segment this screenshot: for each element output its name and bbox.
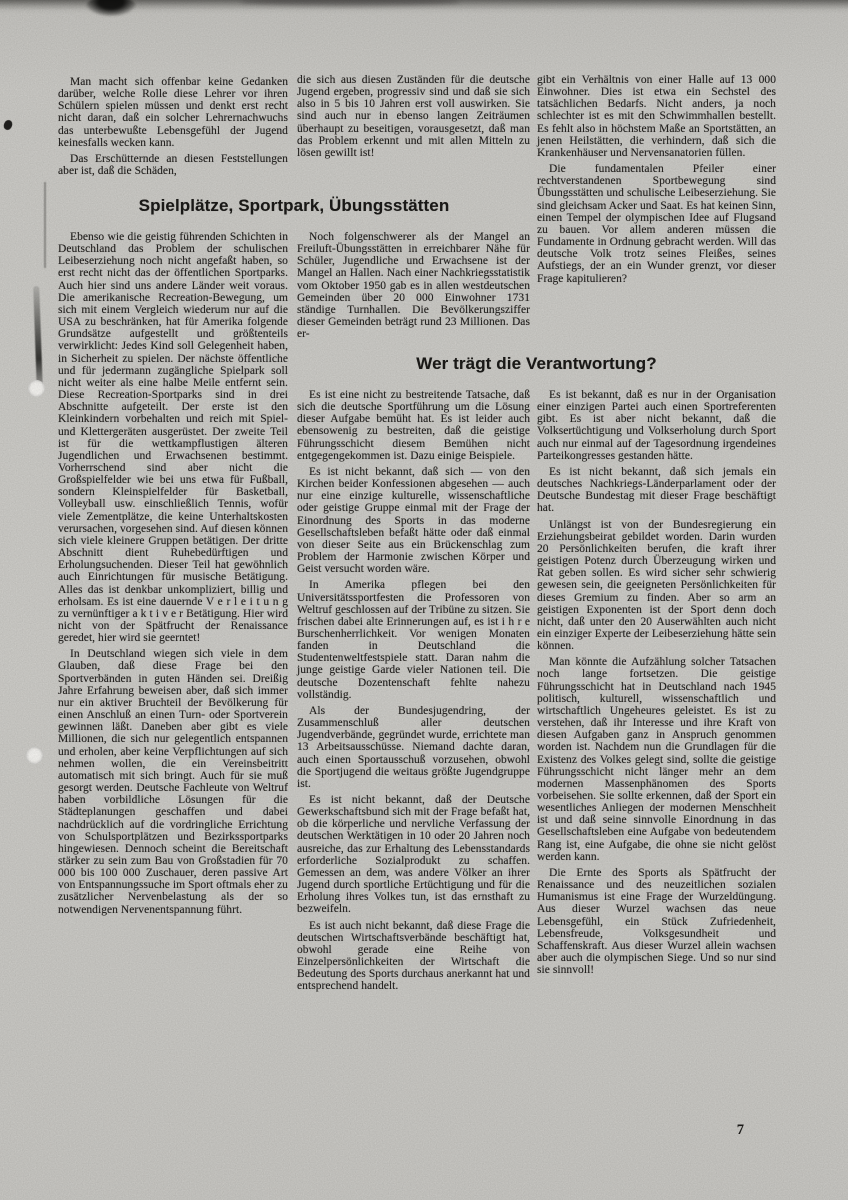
paragraph: Man könnte die Aufzählung solcher Tatsac… bbox=[537, 656, 776, 863]
ink-smudge bbox=[33, 286, 43, 390]
paragraph: Die Ernte des Sports als Spätfrucht der … bbox=[537, 867, 776, 976]
middle-column-mid: Noch folgenschwerer als der Mangel an Fr… bbox=[297, 231, 530, 340]
paragraph: die sich aus diesen Zuständen für die de… bbox=[297, 74, 530, 159]
ink-fleck bbox=[2, 119, 13, 131]
middle-column-main: Es ist eine nicht zu bestreitende Tatsac… bbox=[297, 389, 530, 993]
paragraph: Es ist bekannt, daß es nur in der Organi… bbox=[537, 389, 776, 462]
page-number: 7 bbox=[700, 1122, 744, 1139]
right-column-main: Es ist bekannt, daß es nur in der Organi… bbox=[537, 389, 776, 976]
section-heading-playgrounds: Spielplätze, Sportpark, Übungsstätten bbox=[58, 196, 530, 216]
punch-hole bbox=[26, 747, 43, 764]
paragraph: Unlängst ist von der Bundesregierung ein… bbox=[537, 519, 776, 653]
paragraph: Es ist auch nicht bekannt, daß diese Fra… bbox=[297, 920, 530, 993]
paragraph: Noch folgenschwerer als der Mangel an Fr… bbox=[297, 231, 530, 340]
ink-streak bbox=[44, 182, 46, 268]
paragraph: gibt ein Verhältnis von einer Halle auf … bbox=[537, 74, 776, 159]
left-column-top: Man macht sich offenbar keine Gedanken d… bbox=[58, 76, 288, 177]
paragraph: Man macht sich offenbar keine Gedanken d… bbox=[58, 76, 288, 149]
punch-hole bbox=[28, 380, 45, 397]
paragraph: Die fundamentalen Pfeiler einer rechtver… bbox=[537, 163, 776, 285]
paragraph: Als der Bundesjugendring, der Zusammensc… bbox=[297, 705, 530, 790]
scanned-magazine-page: { "page_number": "7", "colors": { "paper… bbox=[0, 0, 848, 1200]
paragraph: Es ist nicht bekannt, daß der Deutsche G… bbox=[297, 794, 530, 916]
middle-column-top: die sich aus diesen Zuständen für die de… bbox=[297, 74, 530, 159]
paragraph: In Amerika pflegen bei den Universitätss… bbox=[297, 579, 530, 701]
right-column-top: gibt ein Verhältnis von einer Halle auf … bbox=[537, 74, 776, 285]
paragraph: Das Erschütternde an diesen Feststellung… bbox=[58, 153, 288, 177]
paragraph: Es ist nicht bekannt, daß sich jemals ei… bbox=[537, 466, 776, 515]
section-heading-responsibility: Wer trägt die Verantwortung? bbox=[297, 354, 776, 374]
scan-ink-blot bbox=[86, 0, 136, 16]
paragraph: Es ist eine nicht zu bestreitende Tatsac… bbox=[297, 389, 530, 462]
paragraph: Es ist nicht bekannt, daß sich — von den… bbox=[297, 466, 530, 575]
paragraph: In Deutschland wiegen sich viele in dem … bbox=[58, 648, 288, 915]
left-column-main: Ebenso wie die geistig führenden Schicht… bbox=[58, 231, 288, 916]
paragraph: Ebenso wie die geistig führenden Schicht… bbox=[58, 231, 288, 644]
